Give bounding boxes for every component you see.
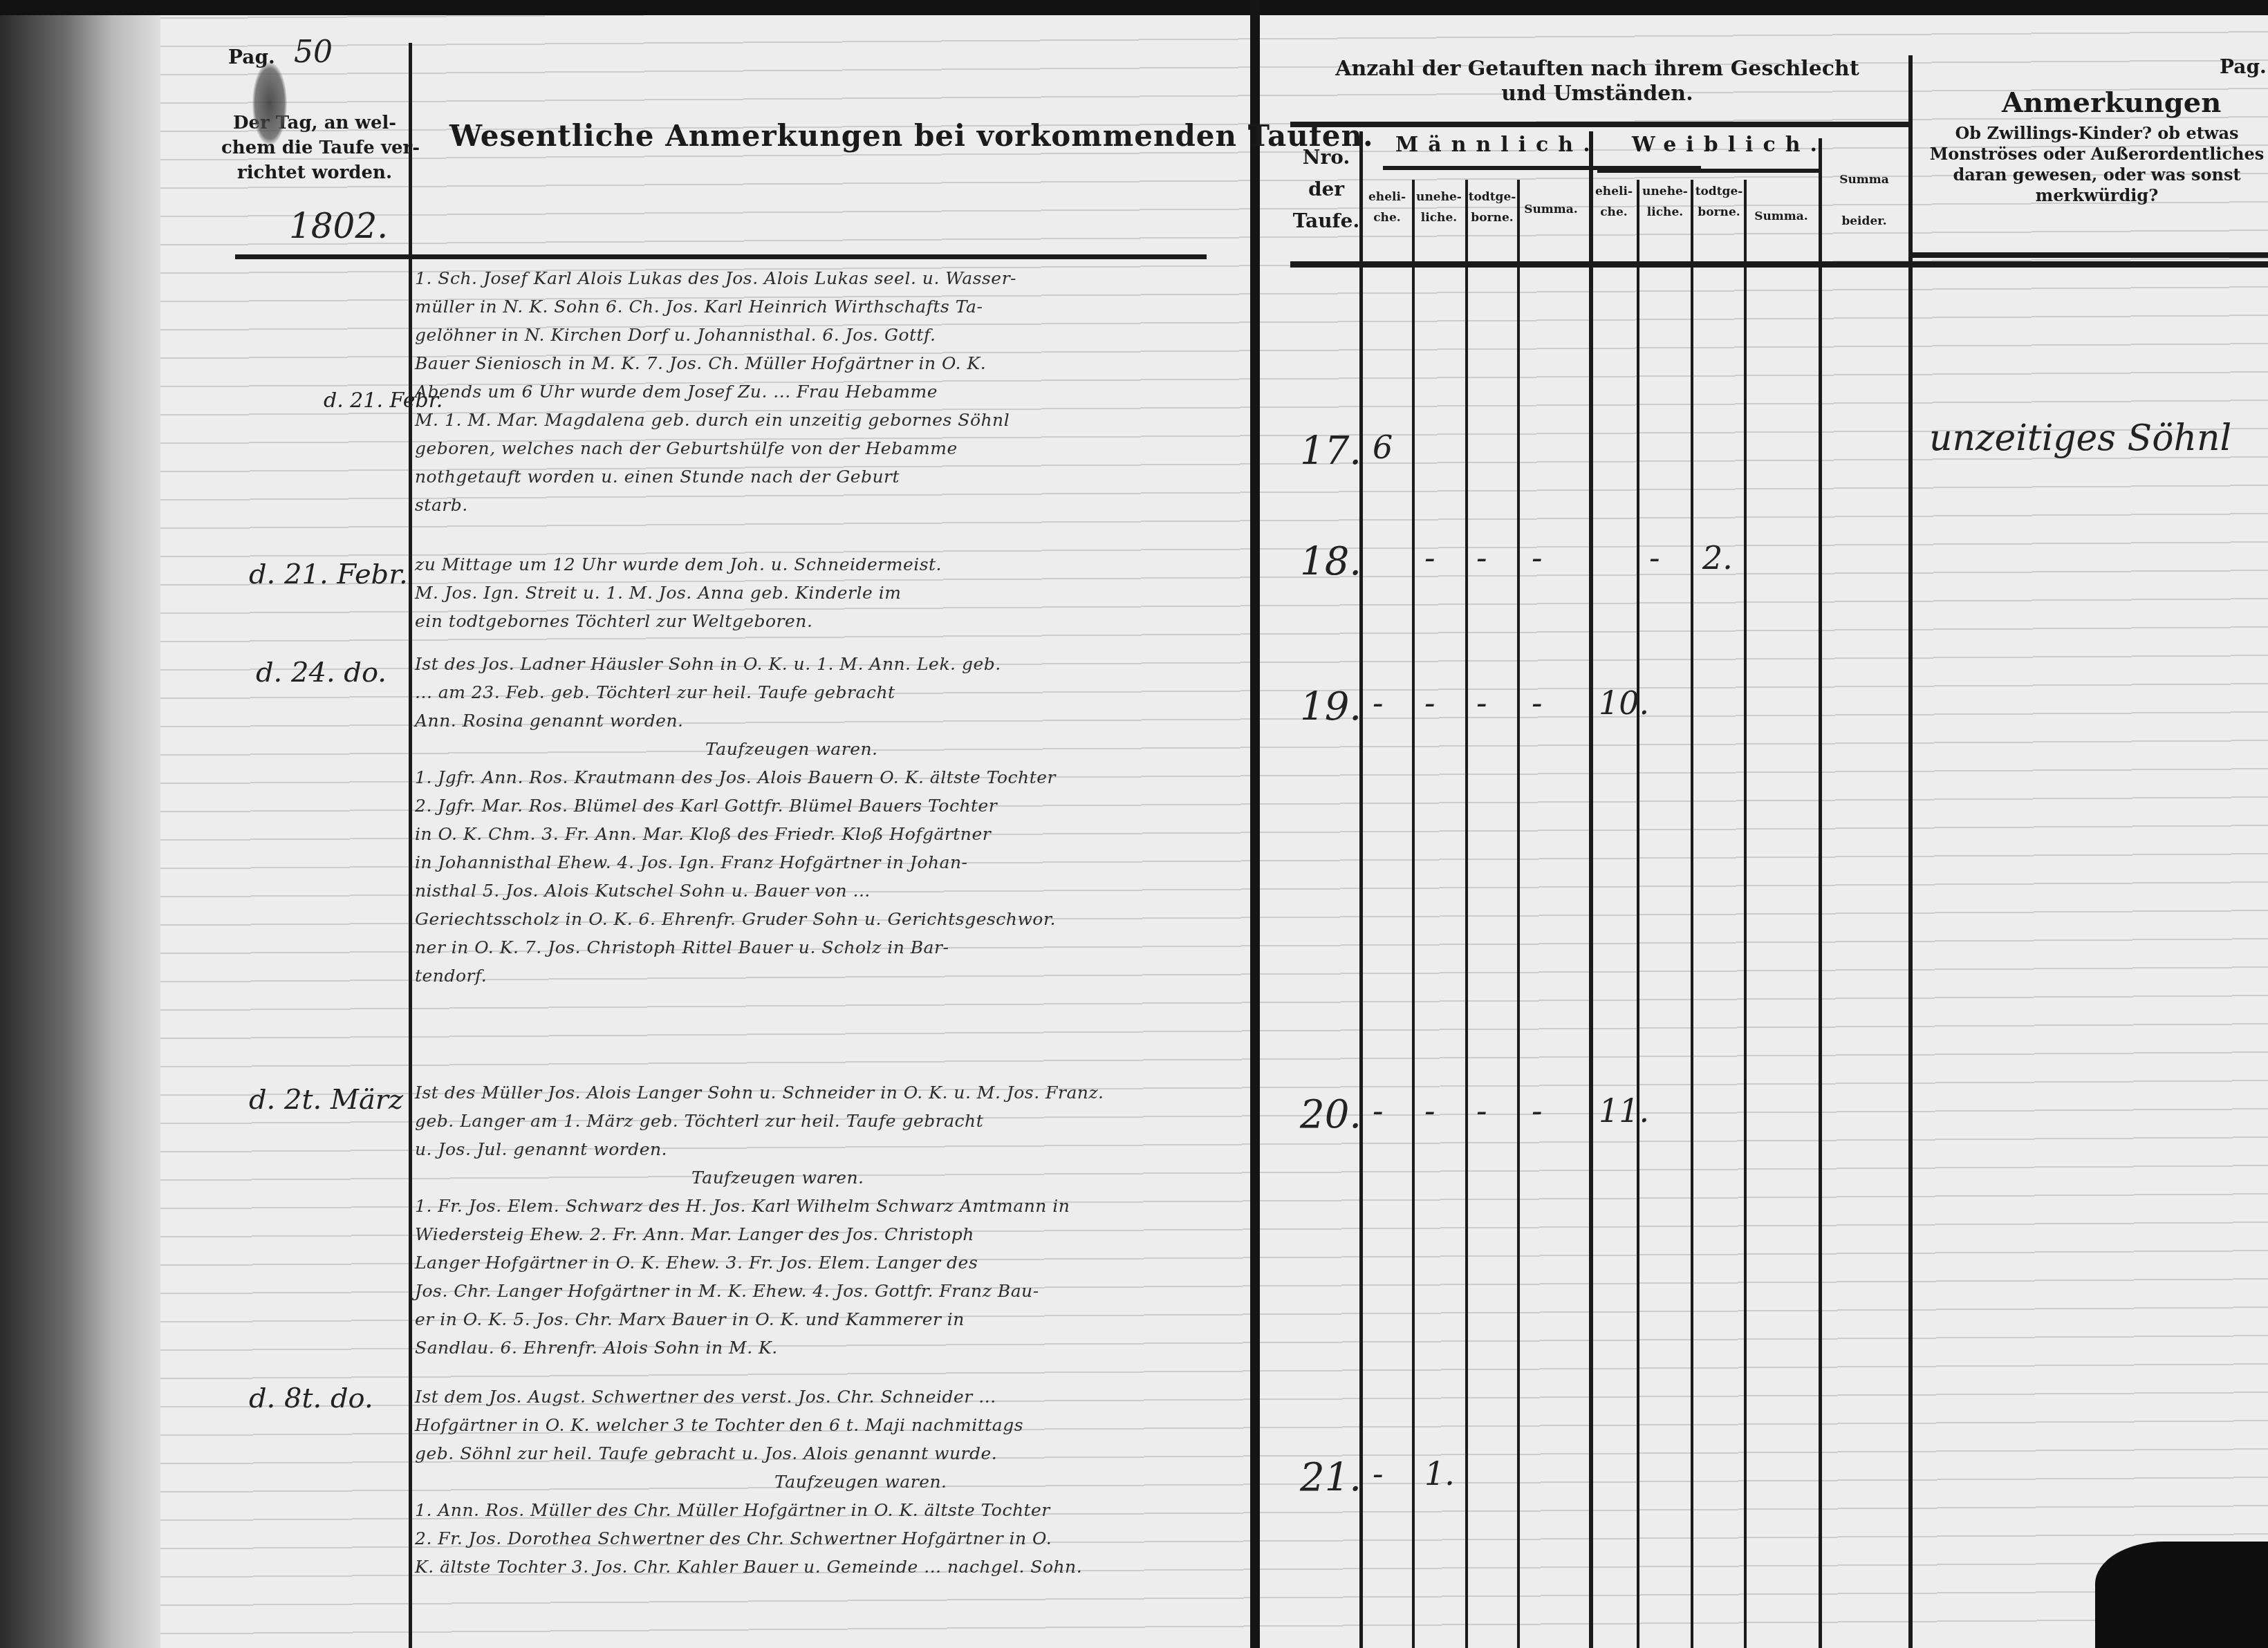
count-cell-w-ehelich: 10. (1599, 684, 1649, 722)
col-divider (1465, 180, 1468, 1648)
entry-line: müller in N. K. Sohn 6. Ch. Jos. Karl He… (415, 292, 1224, 321)
entry-text: Ist des Jos. Ladner Häusler Sohn in O. K… (415, 650, 1224, 990)
entry-text: zu Mittage um 12 Uhr wurde dem Joh. u. S… (415, 550, 1224, 635)
entry-line: geb. Söhnl zur heil. Taufe gebracht u. J… (415, 1439, 1224, 1468)
count-cell-m-todtgeborne: - (1476, 1092, 1487, 1130)
header-line: und Umständen. (1293, 82, 1902, 106)
main-column-header: Wesentliche Anmerkungen bei vorkommenden… (449, 119, 1374, 153)
entry-line: starb. (415, 491, 1224, 519)
header-line: eheli- (1590, 181, 1637, 202)
header-line: der (1292, 174, 1361, 205)
header-line: merkwürdig? (1926, 185, 2268, 206)
header-line: Monströses oder Außerordentliches (1926, 144, 2268, 165)
row-number: 20. (1300, 1092, 1361, 1137)
entry-text: Ist dem Jos. Augst. Schwertner des verst… (415, 1383, 1224, 1581)
header-rule (235, 254, 1207, 259)
nro-header: Nro. der Taufe. (1292, 142, 1361, 237)
entry-line: tendorf. (415, 962, 1224, 990)
row-number: 19. (1300, 684, 1361, 729)
entry-line: Abends um 6 Uhr wurde dem Josef Zu. ... … (415, 377, 1224, 406)
col-divider (1691, 180, 1693, 1648)
entry-line: Ist des Müller Jos. Alois Langer Sohn u.… (415, 1078, 1224, 1107)
header-line: che. (1590, 202, 1637, 223)
header-line: chem die Taufe ver- (221, 135, 408, 160)
count-cell-m-unehelich: - (1424, 539, 1435, 577)
col-divider (1819, 138, 1822, 1648)
entry-line: nothgetauft worden u. einen Stunde nach … (415, 462, 1224, 491)
entry-line: in O. K. Chm. 3. Fr. Ann. Mar. Kloß des … (415, 820, 1224, 848)
remarks-header: Anmerkungen (2002, 86, 2221, 119)
year: 1802. (289, 206, 388, 246)
w-todtgeborne-header: todtge-borne. (1694, 181, 1744, 223)
header-line: Taufe. (1292, 205, 1361, 237)
header-line: todtge- (1694, 181, 1744, 202)
col-divider (1744, 180, 1747, 1648)
count-cell-w-ehelich: 11. (1599, 1092, 1649, 1130)
count-header-rule (1290, 122, 1913, 127)
entry-line: Ann. Rosina genannt worden. (415, 706, 1224, 735)
entry-line: Ist des Jos. Ladner Häusler Sohn in O. K… (415, 650, 1224, 678)
entry-line: geboren, welches nach der Geburtshülfe v… (415, 434, 1224, 462)
ink-smudge (252, 62, 287, 145)
entry-line: Hofgärtner in O. K. welcher 3 te Tochter… (415, 1411, 1224, 1439)
count-cell-w-unehelich: - (1649, 539, 1660, 577)
date-column-header: Der Tag, an wel- chem die Taufe ver- ric… (221, 111, 408, 185)
entry-text: 1. Sch. Josef Karl Alois Lukas des Jos. … (415, 264, 1224, 519)
book-edge-shadow (0, 0, 160, 1648)
header-line: Der Tag, an wel- (221, 111, 408, 135)
header-line: unehe- (1640, 181, 1690, 202)
header-line: liche. (1640, 202, 1690, 223)
entry-line: Sandlau. 6. Ehrenfr. Alois Sohn in M. K. (415, 1333, 1224, 1362)
row-number: 18. (1300, 539, 1361, 584)
entry-line: 1. Jgfr. Ann. Ros. Krautmann des Jos. Al… (415, 763, 1224, 792)
count-cell-m-todtgeborne: - (1476, 539, 1487, 577)
page-gutter (1250, 0, 1260, 1648)
header-line: Ob Zwillings-Kinder? ob etwas (1926, 123, 2268, 144)
m-summa-header: Summa. (1520, 199, 1582, 220)
header-line: unehe- (1414, 187, 1464, 207)
remarks-header-rule (1912, 252, 2268, 258)
count-cell-w-todtgeborne: 2. (1702, 539, 1733, 577)
count-cell-m-summa: - (1532, 684, 1543, 722)
m-unehelich-header: unehe-liche. (1414, 187, 1464, 228)
count-cell-m-unehelich: - (1424, 684, 1435, 722)
entry-date: d. 24. do. (256, 657, 387, 689)
remark-text: unzeitiges Söhnl (1929, 418, 2231, 459)
remarks-subheader: Ob Zwillings-Kinder? ob etwas Monströses… (1926, 123, 2268, 206)
entry-line: zu Mittage um 12 Uhr wurde dem Joh. u. S… (415, 550, 1224, 579)
count-cell-m-summa: - (1532, 1092, 1543, 1130)
header-line: borne. (1467, 207, 1517, 228)
row-number: 21. (1300, 1455, 1361, 1500)
col-divider (1589, 131, 1593, 1648)
col-divider (1517, 180, 1520, 1648)
entry-line: u. Jos. Jul. genannt worden. (415, 1135, 1224, 1163)
entry-line: ein todtgebornes Töchterl zur Weltgebore… (415, 607, 1224, 635)
date-column-divider (409, 43, 412, 1648)
entry-line: Geriechtsscholz in O. K. 6. Ehrenfr. Gru… (415, 905, 1224, 933)
entry-line: 1. Fr. Jos. Elem. Schwarz des H. Jos. Ka… (415, 1192, 1224, 1220)
count-cell-m-ehelich: - (1373, 684, 1384, 722)
entry-line: K. ältste Tochter 3. Jos. Chr. Kahler Ba… (415, 1553, 1224, 1581)
entry-line: Ist dem Jos. Augst. Schwertner des verst… (415, 1383, 1224, 1411)
header-line: che. (1364, 207, 1411, 228)
header-line: daran gewesen, oder was sonst (1926, 165, 2268, 185)
entry-line: M. Jos. Ign. Streit u. 1. M. Jos. Anna g… (415, 579, 1224, 607)
count-cell-m-summa: - (1532, 539, 1543, 577)
entry-line: ... am 23. Feb. geb. Töchterl zur heil. … (415, 678, 1224, 706)
header-line: richtet worden. (221, 160, 408, 185)
entry-line: 2. Fr. Jos. Dorothea Schwertner des Chr.… (415, 1524, 1224, 1553)
witnesses-heading: Taufzeugen waren. (415, 735, 1224, 763)
row-number: 17. (1300, 429, 1361, 474)
entry-line: gelöhner in N. Kirchen Dorf u. Johannist… (415, 321, 1224, 349)
count-header: Anzahl der Getauften nach ihrem Geschlec… (1293, 57, 1902, 106)
entry-line: 1. Ann. Ros. Müller des Chr. Müller Hofg… (415, 1496, 1224, 1524)
witnesses-heading: Taufzeugen waren. (415, 1468, 1224, 1496)
entry-line: er in O. K. 5. Jos. Chr. Marx Bauer in O… (415, 1305, 1224, 1333)
remarks-divider (1908, 55, 1913, 1648)
entry-line: M. 1. M. Mar. Magdalena geb. durch ein u… (415, 406, 1224, 434)
count-cell-m-ehelich: 6 (1373, 429, 1393, 466)
header-line: borne. (1694, 202, 1744, 223)
header-line: eheli- (1364, 187, 1411, 207)
entry-date: d. 8t. do. (249, 1383, 373, 1414)
count-cell-m-ehelich: - (1373, 1455, 1384, 1492)
female-header-rule (1597, 169, 1819, 173)
m-ehelich-header: eheli-che. (1364, 187, 1411, 228)
entry-line: geb. Langer am 1. März geb. Töchterl zur… (415, 1107, 1224, 1135)
count-cell-m-unehelich: - (1424, 1092, 1435, 1130)
entry-line: 1. Sch. Josef Karl Alois Lukas des Jos. … (415, 264, 1224, 292)
page-label: Pag. (2220, 55, 2267, 78)
col-divider (1359, 131, 1363, 1648)
count-cell-m-todtgeborne: - (1476, 684, 1487, 722)
header-line: beider. (1825, 200, 1903, 242)
header-line: Nro. (1292, 142, 1361, 174)
top-edge-shadow (0, 0, 2268, 15)
entry-line: nisthal 5. Jos. Alois Kutschel Sohn u. B… (415, 877, 1224, 905)
summa-beider-header: Summabeider. (1825, 159, 1903, 242)
header-line: todtge- (1467, 187, 1517, 207)
page-damage (2095, 1542, 2268, 1648)
entry-text: Ist des Müller Jos. Alois Langer Sohn u.… (415, 1078, 1224, 1362)
count-cell-m-unehelich: 1. (1424, 1455, 1455, 1492)
header-line: Summa (1825, 159, 1903, 200)
m-todtgeborne-header: todtge-borne. (1467, 187, 1517, 228)
entry-date: d. 21. Febr. (249, 559, 408, 590)
col-divider (1412, 180, 1415, 1648)
male-header: Männlich. (1395, 133, 1600, 157)
entry-date: d. 2t. März (249, 1084, 403, 1116)
w-ehelich-header: eheli-che. (1590, 181, 1637, 223)
count-cell-m-ehelich: - (1373, 1092, 1384, 1130)
witnesses-heading: Taufzeugen waren. (415, 1163, 1224, 1192)
entry-line: 2. Jgfr. Mar. Ros. Blümel des Karl Gottf… (415, 792, 1224, 820)
entry-line: Langer Hofgärtner in O. K. Ehew. 3. Fr. … (415, 1248, 1224, 1277)
entry-line: ner in O. K. 7. Jos. Christoph Rittel Ba… (415, 933, 1224, 962)
w-unehelich-header: unehe-liche. (1640, 181, 1690, 223)
page-number: 50 (294, 35, 333, 70)
female-header: Weiblich. (1632, 133, 1827, 157)
entry-line: Jos. Chr. Langer Hofgärtner in M. K. Ehe… (415, 1277, 1224, 1305)
w-summa-header: Summa. (1747, 206, 1816, 227)
entry-line: Wiedersteig Ehew. 2. Fr. Ann. Mar. Lange… (415, 1220, 1224, 1248)
entry-line: in Johannisthal Ehew. 4. Jos. Ign. Franz… (415, 848, 1224, 877)
header-line: liche. (1414, 207, 1464, 228)
column-header-rule (1290, 261, 2268, 268)
col-divider (1637, 180, 1639, 1648)
header-line: Anzahl der Getauften nach ihrem Geschlec… (1293, 57, 1902, 82)
entry-line: Bauer Sieniosch in M. K. 7. Jos. Ch. Mül… (415, 349, 1224, 377)
